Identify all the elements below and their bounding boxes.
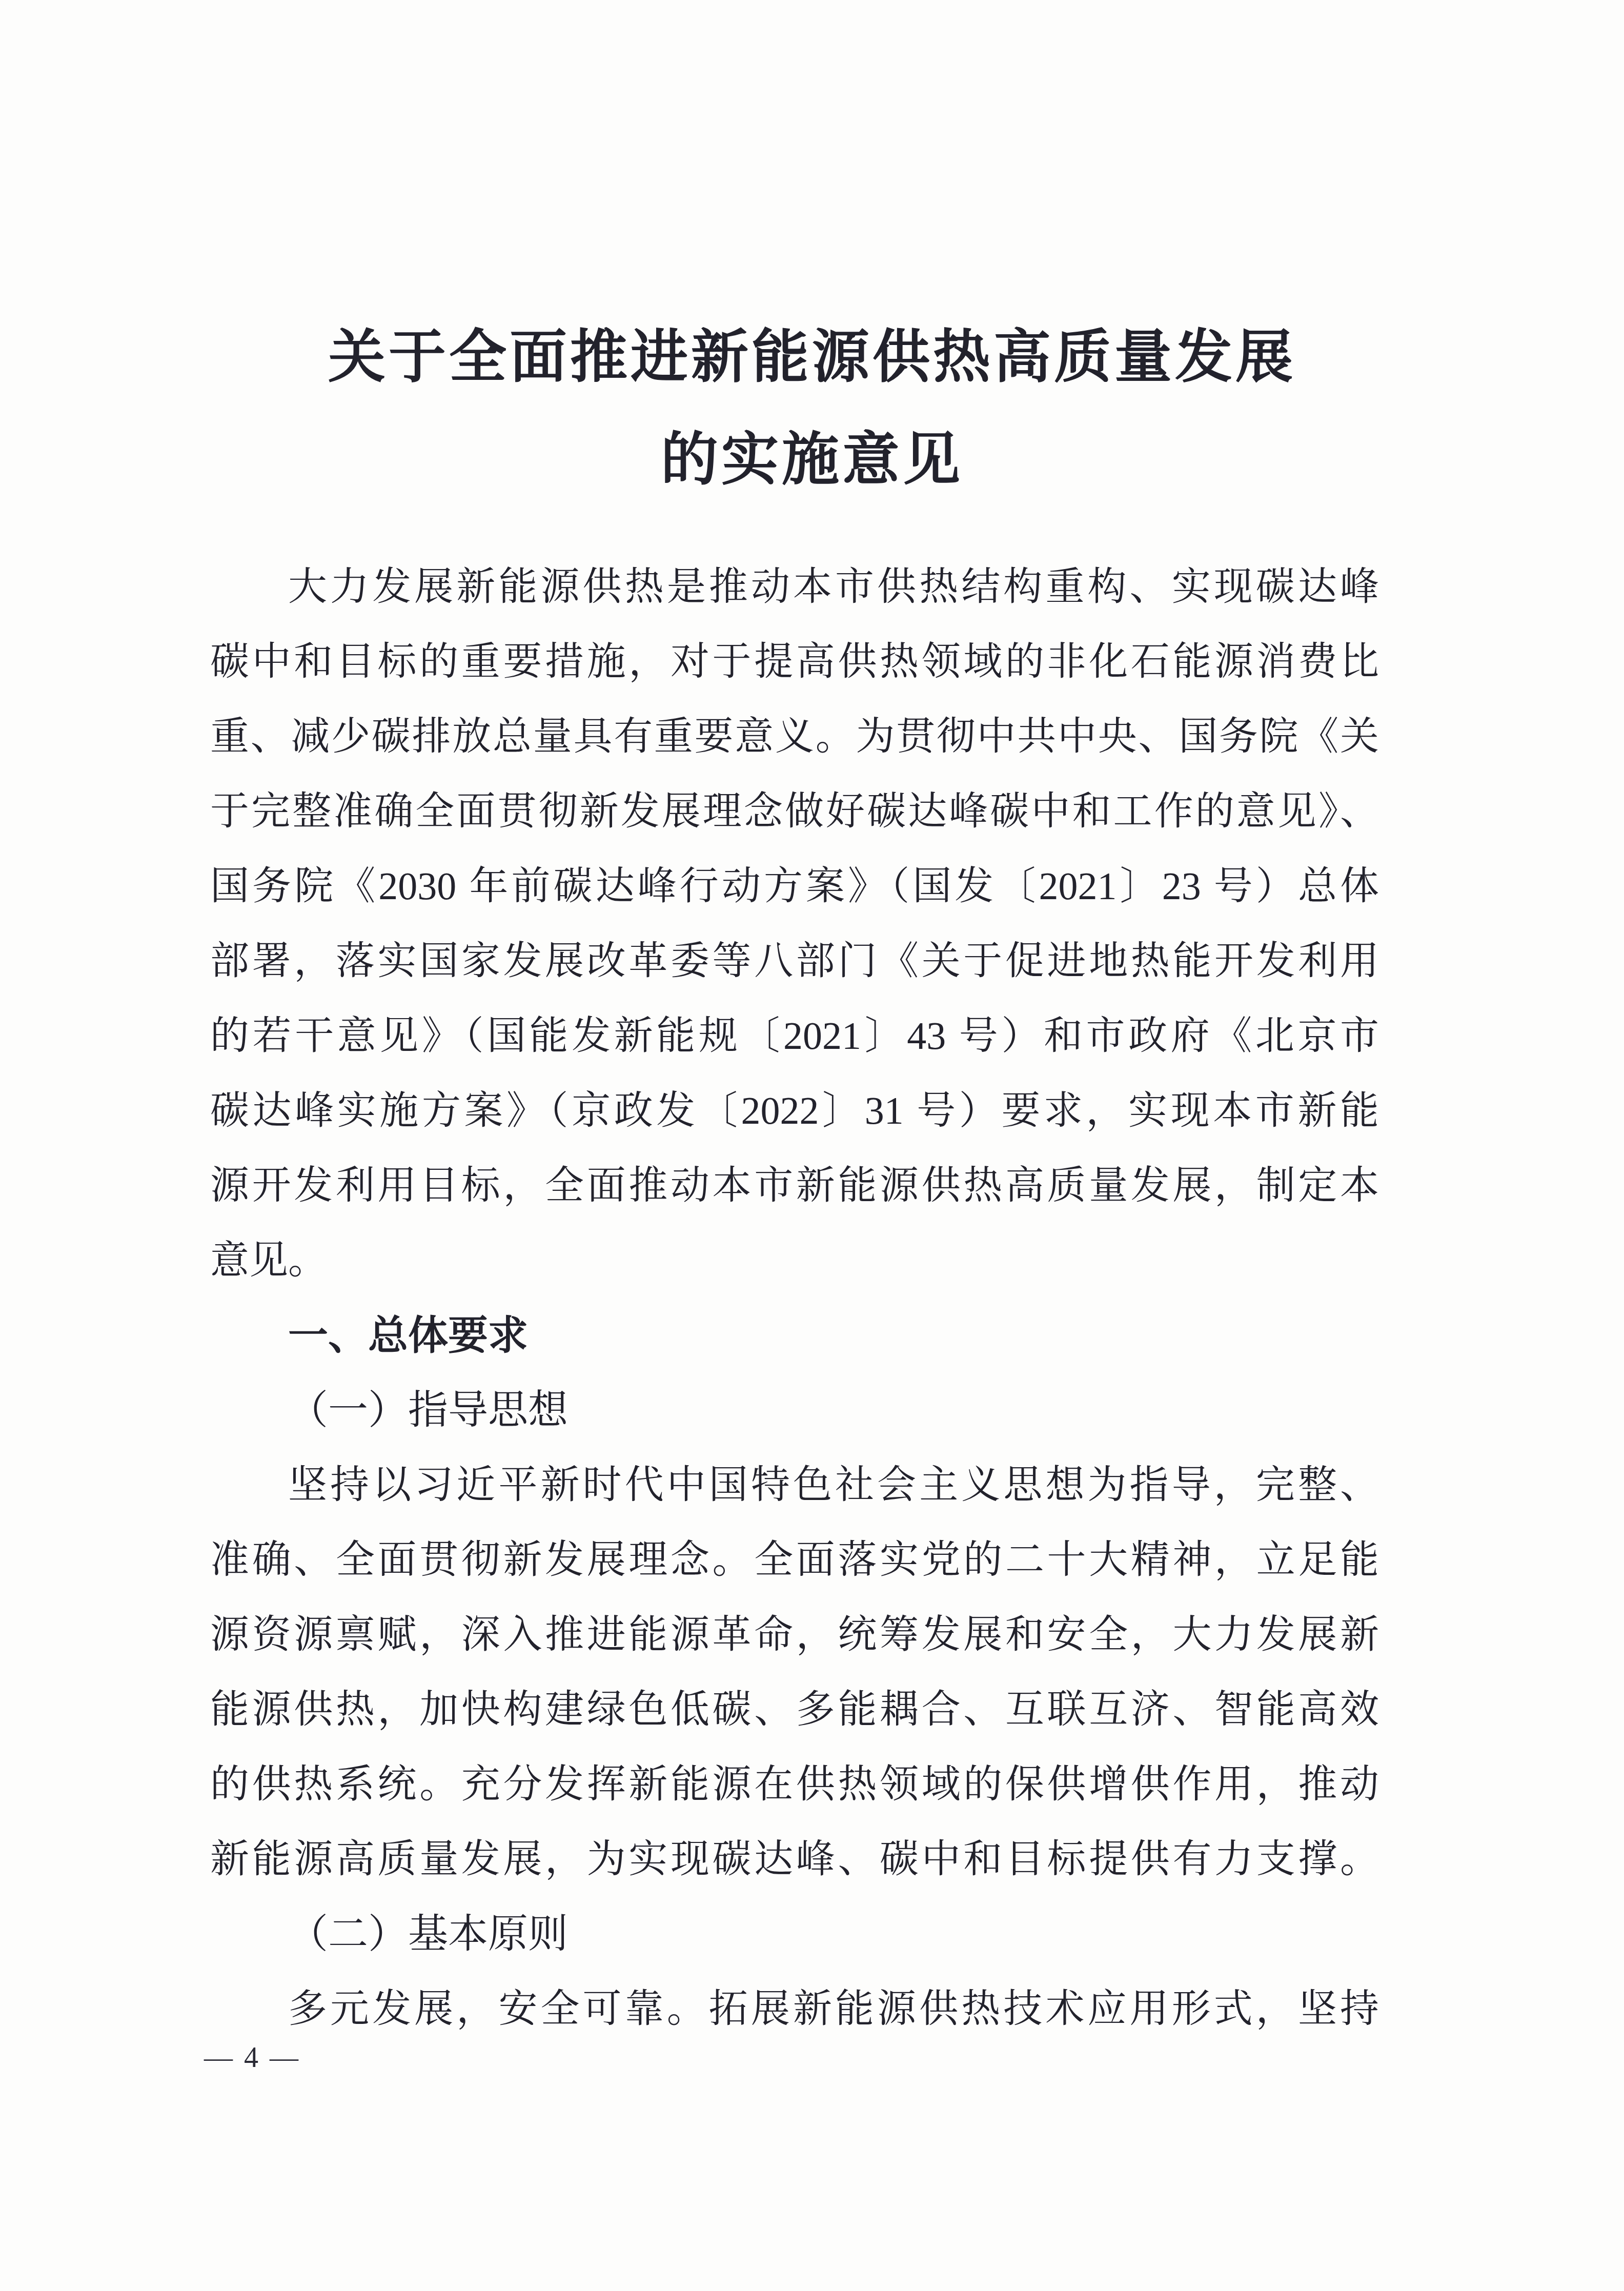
text-line: 多元发展，安全可靠。拓展新能源供热技术应用形式，坚持	[210, 1972, 1379, 2046]
text-line: 国务院《2030 年前碳达峰行动方案》（国发〔2021〕23 号）总体	[210, 849, 1379, 924]
text-line: 的供热系统。充分发挥新能源在供热领域的保供增供作用，推动	[210, 1747, 1379, 1822]
text-line: 大力发展新能源供热是推动本市供热结构重构、实现碳达峰	[210, 550, 1379, 624]
text-line: 能源供热，加快构建绿色低碳、多能耦合、互联互济、智能高效	[210, 1672, 1379, 1747]
text-line: 部署，落实国家发展改革委等八部门《关于促进地热能开发利用	[210, 924, 1379, 999]
subsection-heading: （一）指导思想	[210, 1373, 1379, 1448]
document-title: 关于全面推进新能源供热高质量发展 的实施意见	[0, 307, 1624, 512]
text-line: 源资源禀赋，深入推进能源革命，统筹发展和安全，大力发展新	[210, 1597, 1379, 1672]
document-page: 关于全面推进新能源供热高质量发展 的实施意见 大力发展新能源供热是推动本市供热结…	[0, 0, 1624, 2291]
text-line: 意见。	[210, 1223, 1379, 1298]
text-line: 于完整准确全面贯彻新发展理念做好碳达峰碳中和工作的意见》、	[210, 774, 1379, 849]
section-heading: 一、总体要求	[210, 1298, 1379, 1373]
text-line: 碳中和目标的重要措施，对于提高供热领域的非化石能源消费比	[210, 624, 1379, 699]
text-line: 准确、全面贯彻新发展理念。全面落实党的二十大精神，立足能	[210, 1523, 1379, 1597]
text-line: 新能源高质量发展，为实现碳达峰、碳中和目标提供有力支撑。	[210, 1822, 1379, 1897]
text-line: 坚持以习近平新时代中国特色社会主义思想为指导，完整、	[210, 1448, 1379, 1523]
text-line: 重、减少碳排放总量具有重要意义。为贯彻中共中央、国务院《关	[210, 699, 1379, 774]
text-line: 碳达峰实施方案》（京政发〔2022〕31 号）要求，实现本市新能	[210, 1073, 1379, 1148]
page-number: — 4 —	[204, 2041, 300, 2074]
title-line-2: 的实施意见	[0, 409, 1624, 512]
title-line-1: 关于全面推进新能源供热高质量发展	[0, 307, 1624, 409]
text-line: 的若干意见》（国能发新能规〔2021〕43 号）和市政府《北京市	[210, 999, 1379, 1073]
document-body: 大力发展新能源供热是推动本市供热结构重构、实现碳达峰碳中和目标的重要措施，对于提…	[210, 550, 1379, 2046]
text-line: 源开发利用目标，全面推动本市新能源供热高质量发展，制定本	[210, 1148, 1379, 1223]
subsection-heading: （二）基本原则	[210, 1897, 1379, 1972]
